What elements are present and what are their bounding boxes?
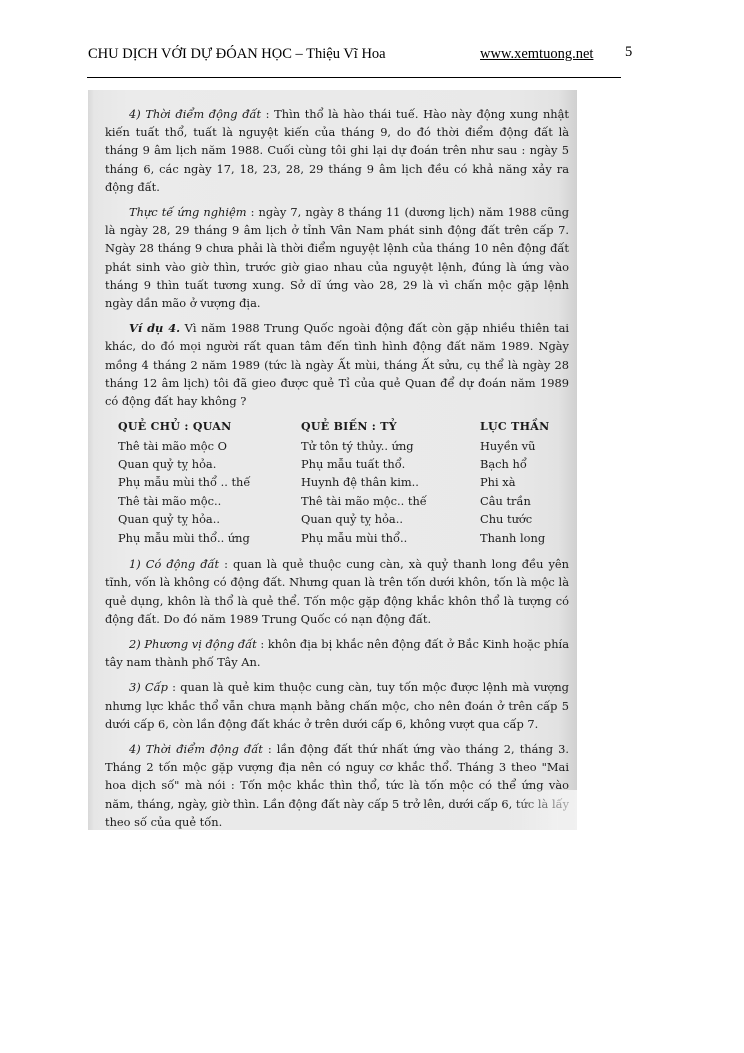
- table-cell: Huynh đệ thân kim..: [301, 473, 480, 491]
- scanned-page-image: 4) Thời điểm động đất : Thìn thổ là hào …: [88, 90, 577, 830]
- paragraph-example-4: Ví dụ 4. Vì năm 1988 Trung Quốc ngoài độ…: [105, 319, 569, 410]
- table-cell: Phi xà: [480, 473, 569, 491]
- table-cell: Thê tài mão mộc O: [118, 437, 301, 455]
- paragraph-lead: 2) Phương vị động đất: [129, 637, 257, 651]
- table-cell: Quan quỷ tỵ hỏa..: [118, 510, 301, 528]
- paragraph-lead: Thực tế ứng nghiệm: [129, 205, 247, 219]
- table-cell: Tử tôn tý thủy.. ứng: [301, 437, 480, 455]
- table-row: Thê tài mão mộc.. Thê tài mão mộc.. thế …: [118, 492, 569, 510]
- website-link[interactable]: www.xemtuong.net: [480, 46, 593, 63]
- table-row: Phụ mẫu mùi thổ .. thế Huynh đệ thân kim…: [118, 473, 569, 491]
- scanned-text-body: 4) Thời điểm động đất : Thìn thổ là hào …: [105, 105, 569, 830]
- table-cell: Phụ mẫu mùi thổ.. ứng: [118, 529, 301, 547]
- paragraph-lead: 3) Cấp: [129, 680, 168, 694]
- header-divider: [87, 77, 621, 78]
- table-row: Quan quỷ tỵ hỏa.. Quan quỷ tỵ hỏa.. Chu …: [118, 510, 569, 528]
- paragraph-lead: 4) Thời điểm động đất: [129, 107, 261, 121]
- table-row: Thê tài mão mộc O Tử tôn tý thủy.. ứng H…: [118, 437, 569, 455]
- table-row: Quan quỷ tỵ hỏa. Phụ mẫu tuất thổ. Bạch …: [118, 455, 569, 473]
- column-header-main-hexagram: QUẺ CHỦ : QUAN: [118, 418, 301, 436]
- table-cell: Phụ mẫu tuất thổ.: [301, 455, 480, 473]
- paragraph-direction: 2) Phương vị động đất : khôn địa bị khắc…: [105, 635, 569, 671]
- table-row: Phụ mẫu mùi thổ.. ứng Phụ mẫu mùi thổ.. …: [118, 529, 569, 547]
- table-cell: Bạch hổ: [480, 455, 569, 473]
- paragraph-magnitude: 3) Cấp : quan là quẻ kim thuộc cung càn,…: [105, 678, 569, 733]
- paragraph-timing-1989: 4) Thời điểm động đất : lần động đất thứ…: [105, 740, 569, 830]
- paragraph-lead: Ví dụ 4.: [129, 321, 180, 335]
- paragraph-has-earthquake: 1) Có động đất : quan là quẻ thuộc cung …: [105, 555, 569, 628]
- paragraph-earthquake-timing: 4) Thời điểm động đất : Thìn thổ là hào …: [105, 105, 569, 196]
- hexagram-table: QUẺ CHỦ : QUAN QUẺ BIẾN : TỶ LỤC THẦN Th…: [118, 418, 569, 547]
- page-number: 5: [625, 44, 632, 61]
- table-cell: Chu tước: [480, 510, 569, 528]
- table-cell: Phụ mẫu mùi thổ..: [301, 529, 480, 547]
- table-cell: Phụ mẫu mùi thổ .. thế: [118, 473, 301, 491]
- table-cell: Thanh long: [480, 529, 569, 547]
- book-title: CHU DỊCH VỚI DỰ ĐÓAN HỌC – Thiệu Vĩ Hoa: [88, 46, 386, 63]
- paragraph-lead: 4) Thời điểm động đất: [129, 742, 263, 756]
- table-cell: Quan quỷ tỵ hỏa.: [118, 455, 301, 473]
- paragraph-body: : quan là quẻ kim thuộc cung càn, tuy tố…: [105, 680, 569, 730]
- table-cell: Thê tài mão mộc.. thế: [301, 492, 480, 510]
- paragraph-lead: 1) Có động đất: [129, 557, 219, 571]
- table-cell: Quan quỷ tỵ hỏa..: [301, 510, 480, 528]
- table-header-row: QUẺ CHỦ : QUAN QUẺ BIẾN : TỶ LỤC THẦN: [118, 418, 569, 436]
- paragraph-actual-result: Thực tế ứng nghiệm : ngày 7, ngày 8 thán…: [105, 203, 569, 312]
- page-header: CHU DỊCH VỚI DỰ ĐÓAN HỌC – Thiệu Vĩ Hoa …: [88, 46, 634, 66]
- table-cell: Câu trần: [480, 492, 569, 510]
- paragraph-body: : ngày 7, ngày 8 tháng 11 (dương lịch) n…: [105, 205, 569, 310]
- column-header-six-spirits: LỤC THẦN: [480, 418, 569, 436]
- column-header-changed-hexagram: QUẺ BIẾN : TỶ: [301, 418, 480, 436]
- table-cell: Huyền vũ: [480, 437, 569, 455]
- table-cell: Thê tài mão mộc..: [118, 492, 301, 510]
